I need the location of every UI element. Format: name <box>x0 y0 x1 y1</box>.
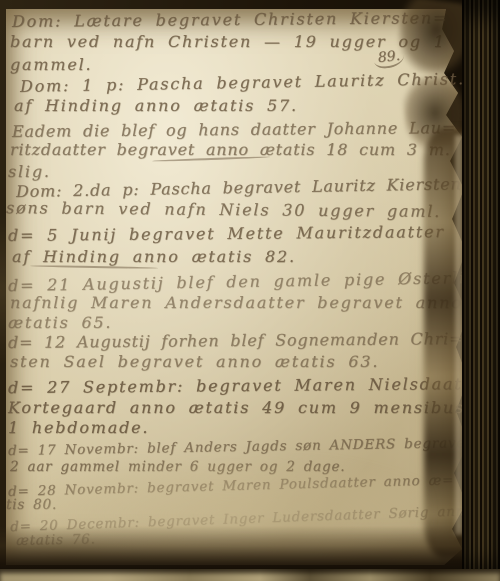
manuscript-line: ætatis 76. <box>16 529 96 550</box>
manuscript-line: Dom: Lætare begravet Christen Kiersten= <box>12 8 448 32</box>
manuscript-line: ætatis 65. <box>8 313 112 333</box>
manuscript-line: af Hinding anno ætatis 57. <box>14 96 298 116</box>
manuscript-line: d= 21 Augustij blef den gamle pige Øster… <box>8 268 478 296</box>
manuscript-line: Kortegaard anno ætatis 49 cum 9 mensibus… <box>8 398 499 418</box>
manuscript-line: slig. <box>8 162 51 182</box>
table-surface-strip <box>0 569 500 581</box>
manuscript-line: d= 12 Augustij forhen blef Sognemanden C… <box>8 329 463 353</box>
manuscript-line: nafnlig Maren Andersdaatter begravet ann… <box>10 293 463 313</box>
book-binding-edge <box>462 0 500 581</box>
manuscript-line: d= 5 Junij begravet Mette Mauritzdaatter <box>8 222 445 246</box>
manuscript-line: tis 80. <box>6 495 57 515</box>
manuscript-photo: Dom: Lætare begravet Christen Kiersten= … <box>0 0 500 581</box>
manuscript-line: gammel. <box>10 55 92 75</box>
manuscript-line: søns barn ved nafn Niels 30 ugger gaml. <box>6 198 441 222</box>
manuscript-line: sten Sael begravet anno ætatis 63. <box>10 352 379 372</box>
manuscript-lines: Dom: Lætare begravet Christen Kiersten= … <box>0 0 500 581</box>
manuscript-line: Eadem die blef og hans daatter Johanne L… <box>12 118 456 142</box>
manuscript-line: af Hinding anno ætatis 82. <box>12 247 296 267</box>
manuscript-line: 1 hebdomade. <box>8 418 149 438</box>
manuscript-line: d= 27 Septembr: begravet Maren Nielsdaat… <box>8 374 492 398</box>
